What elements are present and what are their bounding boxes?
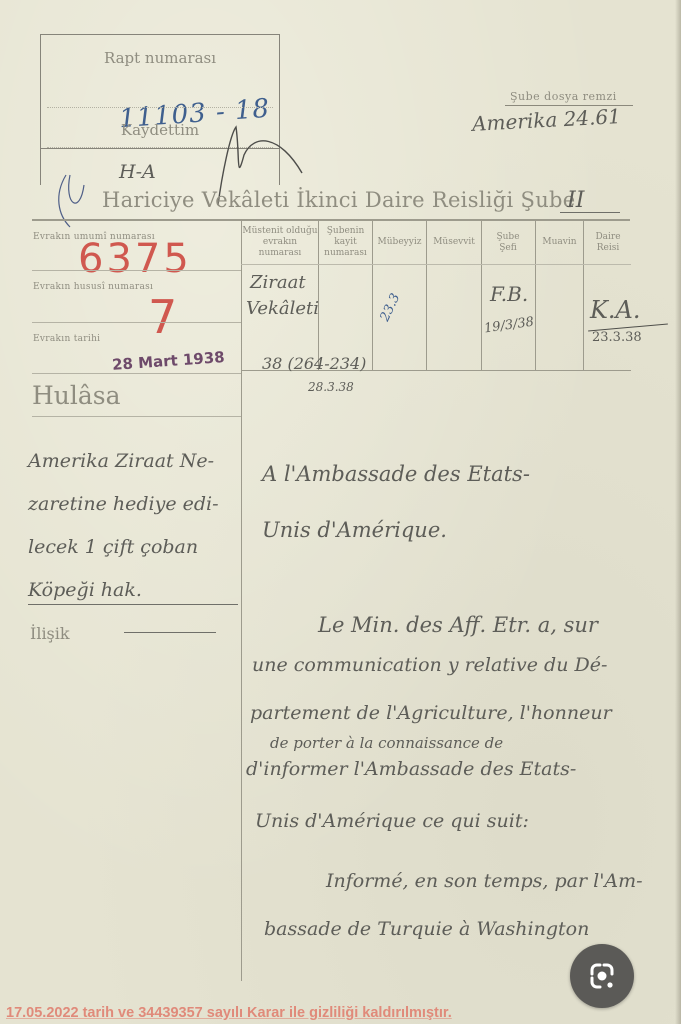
paper-edge-shadow bbox=[675, 0, 681, 1024]
body-line: une communication y relative du Dé- bbox=[252, 654, 607, 676]
body-line: d'informer l'Ambassade des Etats- bbox=[246, 758, 576, 780]
google-lens-button[interactable] bbox=[570, 944, 634, 1008]
mustenit-value-line2: Vekâleti bbox=[246, 298, 319, 319]
daire-reisi-date: 23.3.38 bbox=[592, 330, 642, 345]
mustenit-ref: 38 (264-234) bbox=[262, 354, 366, 373]
col-header-musevvit: Müsevvit bbox=[427, 237, 481, 248]
evrak-umumi-value: 6375 bbox=[78, 236, 192, 282]
hulasa-heading: Hulâsa bbox=[32, 381, 121, 410]
body-line: Unis d'Amérique. bbox=[262, 518, 447, 542]
body-line: bassade de Turquie à Washington bbox=[264, 918, 589, 940]
body-insert-line: de porter à la connaissance de bbox=[270, 734, 503, 752]
hulasa-end-rule bbox=[28, 604, 238, 605]
ilisik-blank bbox=[124, 632, 216, 633]
table-header-rule bbox=[241, 264, 631, 265]
body-line: Informé, en son temps, par l'Am- bbox=[326, 870, 643, 892]
rapt-divider bbox=[47, 107, 273, 108]
col-header-sube-sefi: Şube Şefi bbox=[489, 232, 527, 254]
mustenit-value-line1: Ziraat bbox=[250, 272, 306, 293]
evrak-hususi-label: Evrakın hususî numarası bbox=[33, 282, 153, 292]
main-column-divider bbox=[241, 221, 242, 981]
body-line: partement de l'Agriculture, l'honneur bbox=[250, 702, 612, 724]
hulasa-line: Amerika Ziraat Ne- bbox=[28, 440, 238, 483]
declassification-note: 17.05.2022 tarih ve 34439357 sayılı Kara… bbox=[6, 1005, 452, 1021]
evrak-umumi-rule bbox=[32, 270, 241, 271]
hulasa-rule bbox=[32, 416, 241, 417]
col-header-daire-reisi: Daire Reisi bbox=[590, 232, 626, 254]
col-header-mustenit: Müstenit olduğu evrakın numarası bbox=[242, 226, 318, 259]
sube-dosya-label: Şube dosya remzi bbox=[510, 90, 617, 103]
col-divider-6 bbox=[583, 221, 584, 371]
sube-dosya-value: Amerika 24.61 bbox=[471, 104, 621, 136]
evrak-hususi-value: 7 bbox=[148, 290, 177, 344]
sube-sefi-date: 19/3/38 bbox=[483, 315, 535, 337]
body-line: A l'Ambassade des Etats- bbox=[262, 462, 530, 486]
date-stamp: 28 Mart 1938 bbox=[112, 348, 226, 374]
mustenit-ref-date: 28.3.38 bbox=[308, 380, 354, 394]
rapt-label: Rapt numarası bbox=[41, 49, 279, 67]
sube-number-underline bbox=[560, 212, 620, 213]
evrak-tarihi-rule bbox=[32, 373, 241, 374]
col-header-mubeyyiz: Mübeyyiz bbox=[373, 237, 426, 248]
col-header-sube-kayit: Şubenin kayit numarası bbox=[319, 226, 372, 259]
col-divider-4 bbox=[481, 221, 482, 371]
ilisik-label: İlişik bbox=[30, 624, 70, 643]
hulasa-line: zaretine hediye edi- bbox=[28, 483, 238, 526]
google-lens-icon bbox=[570, 944, 634, 1008]
evrak-hususi-rule bbox=[32, 322, 241, 323]
body-line: Unis d'Amérique ce qui suit: bbox=[255, 810, 529, 832]
mubeyyiz-value: 23.3 bbox=[378, 291, 404, 324]
hulasa-line: Köpeği hak. bbox=[28, 569, 238, 612]
daire-reisi-initials: K.A. bbox=[590, 296, 641, 324]
hulasa-line: lecek 1 çift çoban bbox=[28, 526, 238, 569]
sube-sefi-initials: F.B. bbox=[490, 282, 528, 306]
evrak-tarihi-label: Evrakın tarihi bbox=[33, 334, 100, 344]
signature-scribble-icon bbox=[40, 115, 320, 235]
col-header-muavin: Muavin bbox=[536, 237, 583, 248]
hulasa-text: Amerika Ziraat Ne- zaretine hediye edi- … bbox=[28, 440, 238, 612]
header-rule bbox=[32, 219, 630, 221]
body-line: Le Min. des Aff. Etr. a, sur bbox=[318, 613, 598, 637]
sube-number: II bbox=[567, 188, 584, 213]
document-page: Rapt numarası 11103 - 18 Kaydettim H-A Ş… bbox=[0, 0, 681, 1024]
page-title: Hariciye Vekâleti İkinci Daire Reisliği … bbox=[102, 188, 576, 212]
